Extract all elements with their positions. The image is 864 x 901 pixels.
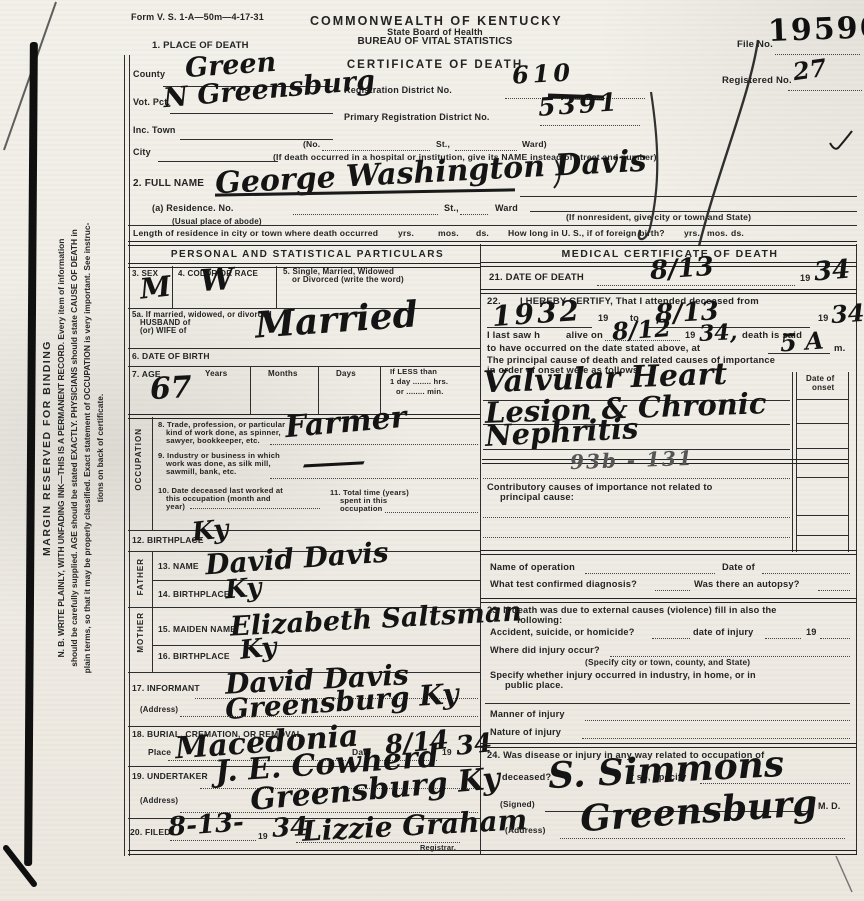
date-of-death-value: 8/13 [649,254,714,284]
autopsy-label: Was there an autopsy? [694,580,800,590]
inc-town-label: Inc. Town [133,126,176,135]
deceased-label: deceased? [502,773,551,783]
form-number: Form V. S. 1-A—50m—4-17-31 [131,13,264,22]
yrs-label: yrs. [398,229,414,238]
pen-tick-mark [830,131,852,149]
dod-bottom-rule [480,289,857,294]
full-name-rule [520,196,857,197]
mortality-code-value: 93b - 131 [570,448,694,472]
informant-address-rule [180,716,478,717]
date-of-death-rule [597,285,795,286]
registered-no-label: Registered No. [722,76,792,86]
test-rule [655,590,690,591]
age-months-header: Months [268,370,298,378]
contributory-rule [483,517,790,518]
margin-note-line: N. B. WRITE PLAINLY, WITH UNFADING INK—T… [55,43,68,853]
birthplace-value: Ky [191,516,230,546]
mother-birthplace-value: Ky [239,634,278,664]
onset-row-rule [796,477,848,478]
where-injury-label: Where did injury occur? [490,646,600,656]
margin-note-line: should be carefully supplied. AGE should… [68,43,81,853]
frame-left-inner [129,55,130,856]
city-rule [158,161,278,162]
nature-injury-rule [582,738,850,739]
injury-date-rule [765,638,801,639]
onset-row-rule [796,515,848,516]
date-of-birth-label: 6. DATE OF BIRTH [132,352,210,361]
row-rule [128,530,480,531]
city-st-note: St., [436,140,450,149]
section23-top-rule [480,598,857,603]
row-rule [128,348,480,349]
frame-right [856,244,857,854]
onset-row-rule [796,423,848,424]
operation-date-label: Date of [722,563,755,573]
external-causes-line2: following: [517,616,562,626]
trade-value: Farmer [284,403,408,443]
attended-to-year: 34 [830,301,864,327]
age-years-header: Years [205,370,227,378]
date-of-death-label: 21. DATE OF DEATH [489,273,584,283]
informant-address-label: (Address) [140,706,178,714]
md-label: M. D. [818,802,841,811]
industry-rule [270,478,478,479]
file-no-stamp: 19596 [767,10,864,49]
father-birthplace-value: Ky [224,574,263,603]
occurred-label: to have occurred on the date stated abov… [487,344,700,354]
county-label: County [133,70,165,79]
age-value: 67 [149,373,192,405]
last-saw-label: I last saw h [487,331,540,341]
trade-label-line3: sawyer, bookkeeper, etc. [166,437,260,445]
age-less-line1: If LESS than [390,368,437,376]
m-label: m. [834,344,846,354]
parents-strip-divider [152,551,153,673]
signed-label: (Signed) [500,800,535,809]
operation-label: Name of operation [490,563,575,573]
burial-year-printed: 19 [442,748,452,757]
mos-label: mos. [707,229,728,238]
city-ward-note: Ward) [522,140,547,149]
race-marital-divider [276,266,277,308]
personal-section-header: PERSONAL AND STATISTICAL PARTICULARS [140,250,475,261]
last-saw-label2: alive on [566,331,603,341]
physician-address-label: (Address) [505,826,546,835]
nonresident-note: (If nonresident, give city or town and S… [566,213,751,222]
attended-to-19: 19 [818,314,828,323]
hour-of-death-value: 5 A [779,329,824,356]
last-worked-label-line3: year) [166,503,185,511]
mos-label: mos. [438,229,459,238]
city-label: City [133,148,151,157]
registered-no-value: 27 [791,56,827,84]
undertaker-label: 19. UNDERTAKER [132,772,208,781]
injury-19: 19 [806,628,817,638]
occupation-side-label: OCCUPATION [134,428,143,491]
age-less-line2: 1 day ........ hrs. [390,378,448,386]
last-saw-year: 34, [698,321,737,345]
attended-from-19: 19 [598,314,608,323]
mother-maiden-name-label: 15. MAIDEN NAME [158,625,236,634]
primary-district-value: 5391 [537,89,620,120]
marital-label-line2: or Divorced (write the word) [292,276,404,284]
registration-district-value: 610 [511,60,574,87]
injury-year-rule [820,638,850,639]
city-no-note: (No. [303,140,320,149]
father-name-value: David Davis [204,539,389,580]
mother-side-label: MOTHER [136,612,145,653]
attended-from-value: 1932 [491,297,583,331]
last-saw-rule [605,340,680,341]
filed-year-printed: 19 [258,832,268,841]
age-less-line3: or ........ min. [396,388,444,396]
date-of-death-19: 19 [800,274,810,283]
yrs-label: yrs. [684,229,700,238]
city-no-rule [322,150,430,151]
hour-rule [768,353,830,354]
injury-date-label: date of injury [693,628,753,638]
residence-ward-label: Ward [495,204,518,213]
margin-note-line: tions on back of certificate. [94,43,107,853]
filed-date-value: 8-13- [167,809,244,840]
cause-dotted-rule [483,478,790,479]
marital5a-label-line3: (or) WIFE of [140,327,187,335]
contributory-rule [483,537,790,538]
nature-injury-label: Nature of injury [490,728,561,738]
row-rule [152,580,480,581]
residence-label: (a) Residence. No. [152,204,234,213]
full-name-label: 2. FULL NAME [133,179,204,190]
binding-bar [24,42,38,866]
filed-date-rule [170,840,256,841]
undertaker-address-label: (Address) [140,797,178,805]
onset-row-rule [796,399,848,400]
accident-label: Accident, suicide, or homicide? [490,628,635,638]
primary-district-label: Primary Registration District No. [344,113,490,122]
father-name-label: 13. NAME [158,562,199,571]
father-birthplace-label: 14. BIRTHPLACE [158,590,230,599]
filed-label: 20. FILED [130,828,171,837]
residence-st-rule [460,214,488,215]
sex-value: M [139,272,173,303]
margin-binding-line: MARGIN RESERVED FOR BINDING [39,43,55,853]
manner-injury-label: Manner of injury [490,710,565,720]
onset-label-line2: onset [812,384,834,392]
onset-box-right [848,372,849,552]
primary-district-rule [540,125,640,126]
frame-bottom [128,850,857,855]
age-cell-divider [250,366,251,414]
row-rule [152,645,480,646]
operation-date-rule [762,573,850,574]
operation-rule [585,573,715,574]
where-injury-note: (Specify city or town, county, and State… [585,658,750,667]
physician-address-rule [560,838,845,839]
registrar-label: Registrar. [420,844,456,852]
trade-rule [270,444,478,445]
date-of-death-year: 34 [813,256,851,285]
onset-box-bottom-rule [480,550,857,555]
scratch-mark [836,856,852,892]
autopsy-rule [818,590,850,591]
mother-birthplace-label: 16. BIRTHPLACE [158,652,230,661]
residence-st-label: St., [444,204,459,213]
injury-blank-rule [485,703,850,704]
age-days-header: Days [336,370,356,378]
marital-value: Married [254,296,419,343]
section24-top-rule [480,743,857,748]
industry-value: — [299,448,368,478]
last-saw-19: 19 [685,331,695,340]
binding-margin-text: MARGIN RESERVED FOR BINDING N. B. WRITE … [39,43,111,853]
father-side-label: FATHER [136,558,145,595]
voting-precinct-rule [170,113,333,114]
cause-of-death-line3: Nephritis [484,414,639,451]
burial-place-label: Place [148,748,171,757]
race-value: W [199,265,235,297]
specify-injury-line2: public place. [505,681,563,691]
total-time-rule [385,512,478,513]
frame-left-outer [124,55,125,856]
bureau-subtitle: BUREAU OF VITAL STATISTICS [310,37,560,48]
residence-rule [293,214,438,215]
registered-no-rule [788,90,862,91]
death-certificate-scan: MARGIN RESERVED FOR BINDING N. B. WRITE … [0,0,864,901]
margin-note-line: plain terms, so that it may be properly … [81,43,94,853]
total-time-label-line3: occupation [340,505,383,513]
informant-label: 17. INFORMANT [132,684,200,693]
industry-label-line3: sawmill, bank, etc. [166,468,236,476]
ds-label: ds. [731,229,744,238]
header-section-divider [128,241,857,246]
manner-injury-rule [585,720,850,721]
accident-rule [652,638,690,639]
registrar-signature: Lizzie Graham [301,806,527,846]
last-worked-rule [190,508,320,509]
onset-row-rule [796,448,848,449]
length-residence-label: Length of residence in city or town wher… [133,229,378,238]
contributory-label-line2: principal cause: [500,493,574,503]
foreign-birth-label: How long in U. S., if of foreign birth? [508,229,665,238]
test-label: What test confirmed diagnosis? [490,580,637,590]
residence-bottom-rule [128,225,857,226]
onset-row-rule [796,535,848,536]
certify-rule [487,327,592,328]
occupation-strip-divider [152,417,153,530]
ds-label: ds. [476,229,489,238]
